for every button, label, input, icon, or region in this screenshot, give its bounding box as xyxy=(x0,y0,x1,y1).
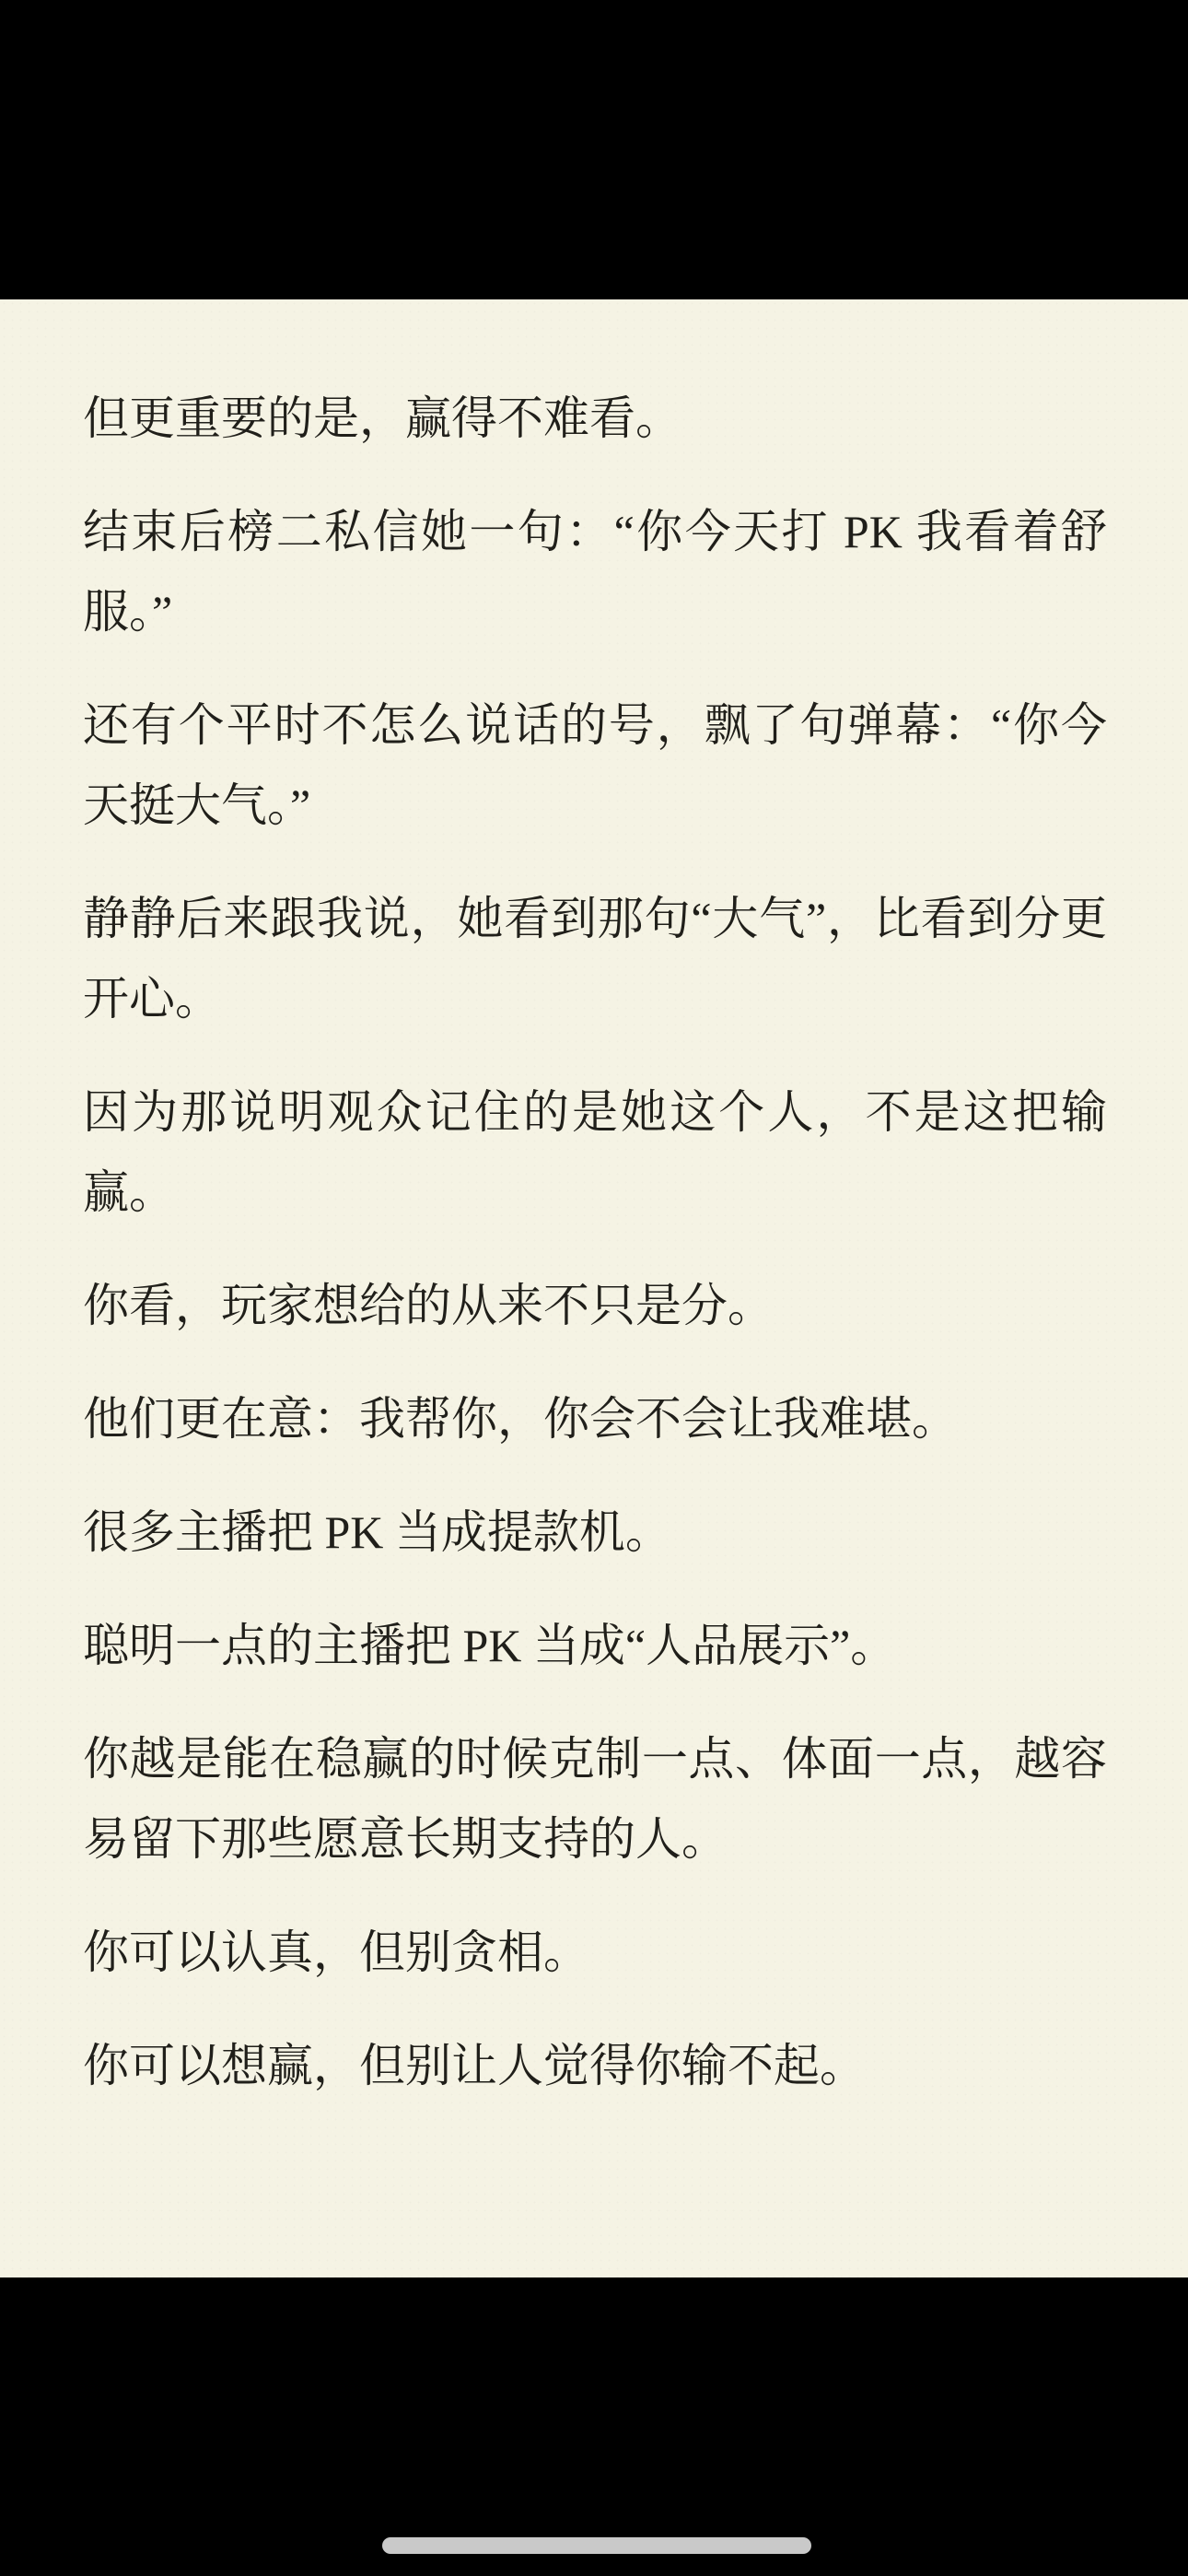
paragraph: 你看，玩家想给的从来不只是分。 xyxy=(83,1266,1107,1346)
app-screen: 7/8 但更重要的是，赢得不难看。 结束后榜二私信她一句：“你今天打 PK 我看… xyxy=(0,0,1188,2576)
paragraph: 很多主播把 PK 当成提款机。 xyxy=(83,1493,1107,1573)
paragraph: 还有个平时不怎么说话的号，飘了句弹幕：“你今天挺大气。” xyxy=(83,685,1107,846)
home-indicator-handle[interactable] xyxy=(382,2537,811,2554)
paragraph: 静静后来跟我说，她看到那句“大气”，比看到分更开心。 xyxy=(83,879,1107,1039)
paragraph: 你越是能在稳赢的时候克制一点、体面一点，越容易留下那些愿意长期支持的人。 xyxy=(83,1719,1107,1879)
bottom-chrome xyxy=(0,2277,1188,2576)
paragraph: 因为那说明观众记住的是她这个人，不是这把输赢。 xyxy=(83,1072,1107,1233)
paragraph: 聪明一点的主播把 PK 当成“人品展示”。 xyxy=(83,1606,1107,1686)
paragraph: 他们更在意：我帮你，你会不会让我难堪。 xyxy=(83,1379,1107,1459)
reader-header: 7/8 xyxy=(0,166,1188,299)
paragraph: 但更重要的是，赢得不难看。 xyxy=(83,379,1107,459)
story-page-content[interactable]: 但更重要的是，赢得不难看。 结束后榜二私信她一句：“你今天打 PK 我看着舒服。… xyxy=(0,299,1188,2277)
paragraph: 你可以想赢，但别让人觉得你输不起。 xyxy=(83,2026,1107,2106)
paragraph: 你可以认真，但别贪相。 xyxy=(83,1913,1107,1993)
paragraph: 结束后榜二私信她一句：“你今天打 PK 我看着舒服。” xyxy=(83,492,1107,652)
